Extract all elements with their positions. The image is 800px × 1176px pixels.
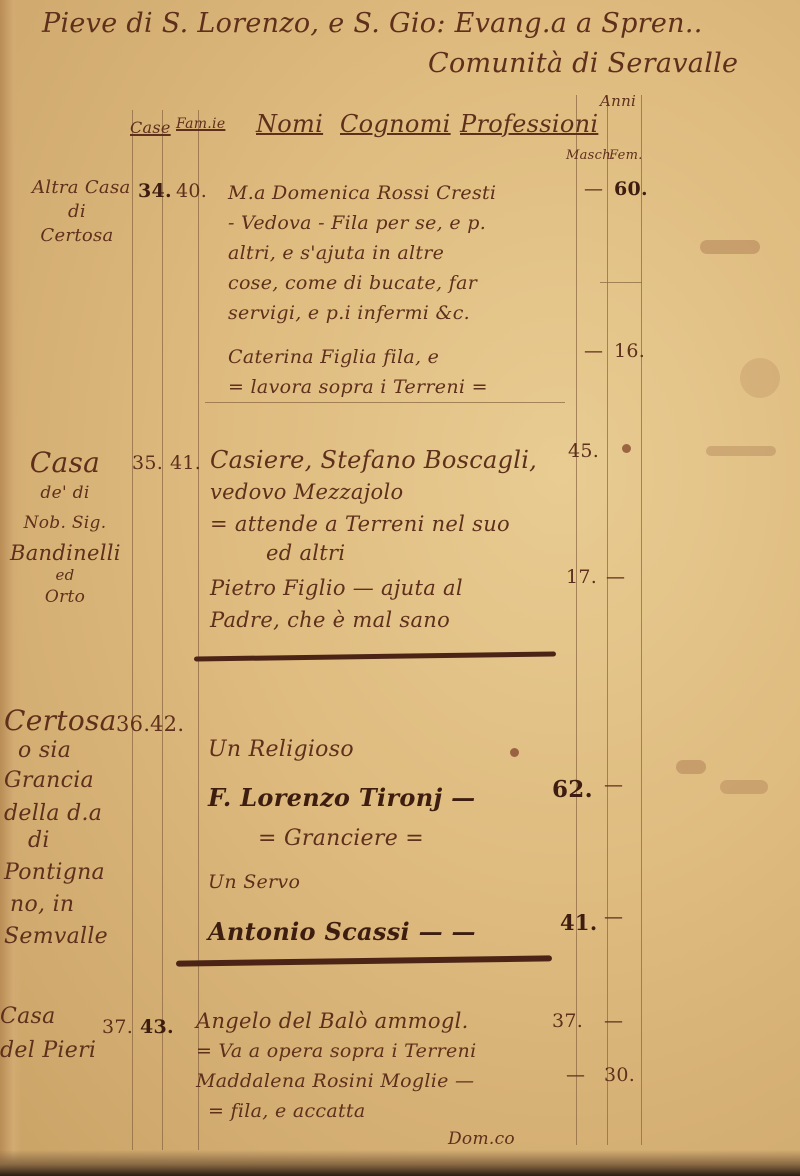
entry-4-location-line: Casa (0, 1000, 100, 1034)
row-rule-1 (205, 402, 565, 403)
entry-line: servigi, e p.i infermi &c. (228, 298, 496, 328)
entry-2-casa-number: 35. (132, 452, 163, 474)
entry-3-location-line: Semvalle (4, 918, 114, 956)
bleed-smudge (700, 240, 760, 254)
entry-line: ed altri (210, 540, 537, 566)
entry-3-text: Un Religioso F. Lorenzo Tironj — = Granc… (208, 726, 476, 956)
entry-2-location-line: de' di (10, 478, 120, 508)
entry-3-location-line: della d.a (4, 800, 114, 828)
entry-4-age-maschi: — (566, 1064, 585, 1086)
entry-line: Casiere, Stefano Boscagli, (210, 444, 537, 476)
ink-blot (622, 444, 631, 453)
bleed-smudge (740, 358, 780, 398)
entry-2-location-line: ed (10, 568, 120, 582)
entry-line: - Vedova - Fila per se, e p. (228, 208, 496, 238)
entry-4-location: Casa del Pieri (0, 1000, 100, 1068)
entry-line: Un Religioso (208, 726, 476, 774)
entry-3-casa-number: 36. (116, 712, 150, 736)
entry-line: = fila, e accatta (196, 1096, 515, 1126)
entry-3-location: Certosa o sia Grancia della d.a di Ponti… (4, 702, 114, 956)
column-header-case: Case (130, 118, 171, 137)
entry-1-casa-number: 34. (138, 180, 172, 202)
entry-4-age-maschi: 37. (552, 1010, 583, 1032)
entry-1-location: Altra Casa di Certosa (32, 176, 122, 248)
entry-2-location-line: Bandinelli (10, 538, 120, 568)
column-header-professioni: Professioni (460, 110, 598, 138)
entry-2-age-maschi: 45. (568, 440, 599, 462)
entry-1-location-line: Altra Casa (32, 176, 122, 200)
ink-blot (510, 748, 519, 757)
entry-line: = attende a Terreni nel suo (210, 508, 537, 540)
entry-3-age-maschi: 62. (552, 776, 593, 803)
bleed-smudge (706, 446, 776, 456)
entry-1-age-femmine: 60. (614, 178, 648, 200)
entry-line: altri, e s'ajuta in altre (228, 238, 496, 268)
entry-2-location-line: Nob. Sig. (10, 508, 120, 538)
bleed-smudge (676, 760, 706, 774)
entry-4-age-femmine: — (604, 1010, 623, 1032)
entry-2-location: Casa de' di Nob. Sig. Bandinelli ed Orto (10, 448, 120, 612)
entry-3-location-line: Pontigna (4, 854, 114, 892)
bleed-smudge (720, 780, 768, 794)
column-header-femmine: Fem. (609, 148, 643, 163)
header-line-2: Comunità di Seravalle (428, 48, 738, 79)
entry-3-age-femmine: — (604, 906, 623, 928)
entry-2-text: Casiere, Stefano Boscagli, vedovo Mezzaj… (210, 444, 537, 636)
entry-2-famiglia-number: 41. (170, 452, 201, 474)
entry-3-age-femmine: — (604, 774, 623, 796)
entry-1-text: M.a Domenica Rossi Cresti - Vedova - Fil… (228, 178, 496, 402)
entry-line: Antonio Scassi — — (208, 908, 476, 956)
entry-line: = Granciere = (208, 822, 476, 856)
entry-1-location-line: Certosa (32, 224, 122, 248)
entry-line: cose, come di bucate, far (228, 268, 496, 298)
entry-line: F. Lorenzo Tironj — (208, 774, 476, 822)
entry-2-location-line: Casa (10, 448, 120, 478)
entry-4-casa-number: 37. (102, 1016, 133, 1038)
entry-3-location-line: Certosa (4, 702, 114, 740)
entry-line: Un Servo (208, 856, 476, 908)
entry-4-text: Angelo del Balò ammogl. = Va a opera sop… (196, 1006, 515, 1152)
entry-line: Maddalena Rosini Moglie — (196, 1066, 515, 1096)
entry-line: vedovo Mezzajolo (210, 476, 537, 508)
page-bottom-edge (0, 1150, 800, 1176)
row-rule-2 (600, 282, 642, 283)
column-header-anni: Anni (600, 92, 636, 110)
entry-1-age-maschi: — (584, 178, 603, 200)
entry-3-location-line: Grancia (4, 762, 114, 800)
entry-1-age-maschi: — (584, 340, 603, 362)
entry-line: Padre, che è mal sano (210, 604, 537, 636)
entry-4-age-femmine: 30. (604, 1064, 635, 1086)
entry-1-age-femmine: 16. (614, 340, 645, 362)
entry-4-famiglia-number: 43. (140, 1016, 174, 1038)
entry-1-location-line: di (32, 200, 122, 224)
entry-line: = Va a opera sopra i Terreni (196, 1036, 515, 1066)
column-rule-famiglie (198, 110, 199, 1150)
entry-3-location-line: no, in (4, 892, 114, 918)
entry-2-age-femmine: — (606, 566, 625, 588)
entry-3-closing-rule (176, 955, 552, 966)
entry-line: Dom.co (196, 1126, 515, 1152)
column-rule-femmine (641, 95, 642, 1145)
entry-2-closing-rule (194, 651, 556, 661)
entry-2-location-line: Orto (10, 582, 120, 612)
entry-line: M.a Domenica Rossi Cresti (228, 178, 496, 208)
entry-3-famiglia-number: 42. (150, 712, 184, 736)
column-rule-names-right (576, 95, 577, 1145)
entry-line: = lavora sopra i Terreni = (228, 372, 496, 402)
entry-2-age-maschi: 17. (566, 566, 597, 588)
column-header-cognomi: Cognomi (340, 110, 451, 138)
entry-line: Caterina Figlia fila, e (228, 342, 496, 372)
entry-1-famiglia-number: 40. (176, 180, 207, 202)
column-header-famiglie: Fam.ie (176, 116, 225, 132)
entry-line: Angelo del Balò ammogl. (196, 1006, 515, 1036)
entry-line: Pietro Figlio — ajuta al (210, 572, 537, 604)
entry-3-age-maschi: 41. (560, 910, 597, 935)
entry-3-location-line: di (4, 828, 114, 854)
column-rule-maschi (607, 95, 608, 1145)
column-rule-left-margin (132, 110, 133, 1150)
entry-3-location-line: o sia (4, 740, 114, 762)
column-header-maschi: Masch. (566, 148, 615, 163)
column-rule-case (162, 110, 163, 1150)
entry-4-location-line: del Pieri (0, 1034, 100, 1068)
column-header-nomi: Nomi (256, 110, 323, 138)
header-line-1: Pieve di S. Lorenzo, e S. Gio: Evang.a a… (42, 8, 703, 39)
